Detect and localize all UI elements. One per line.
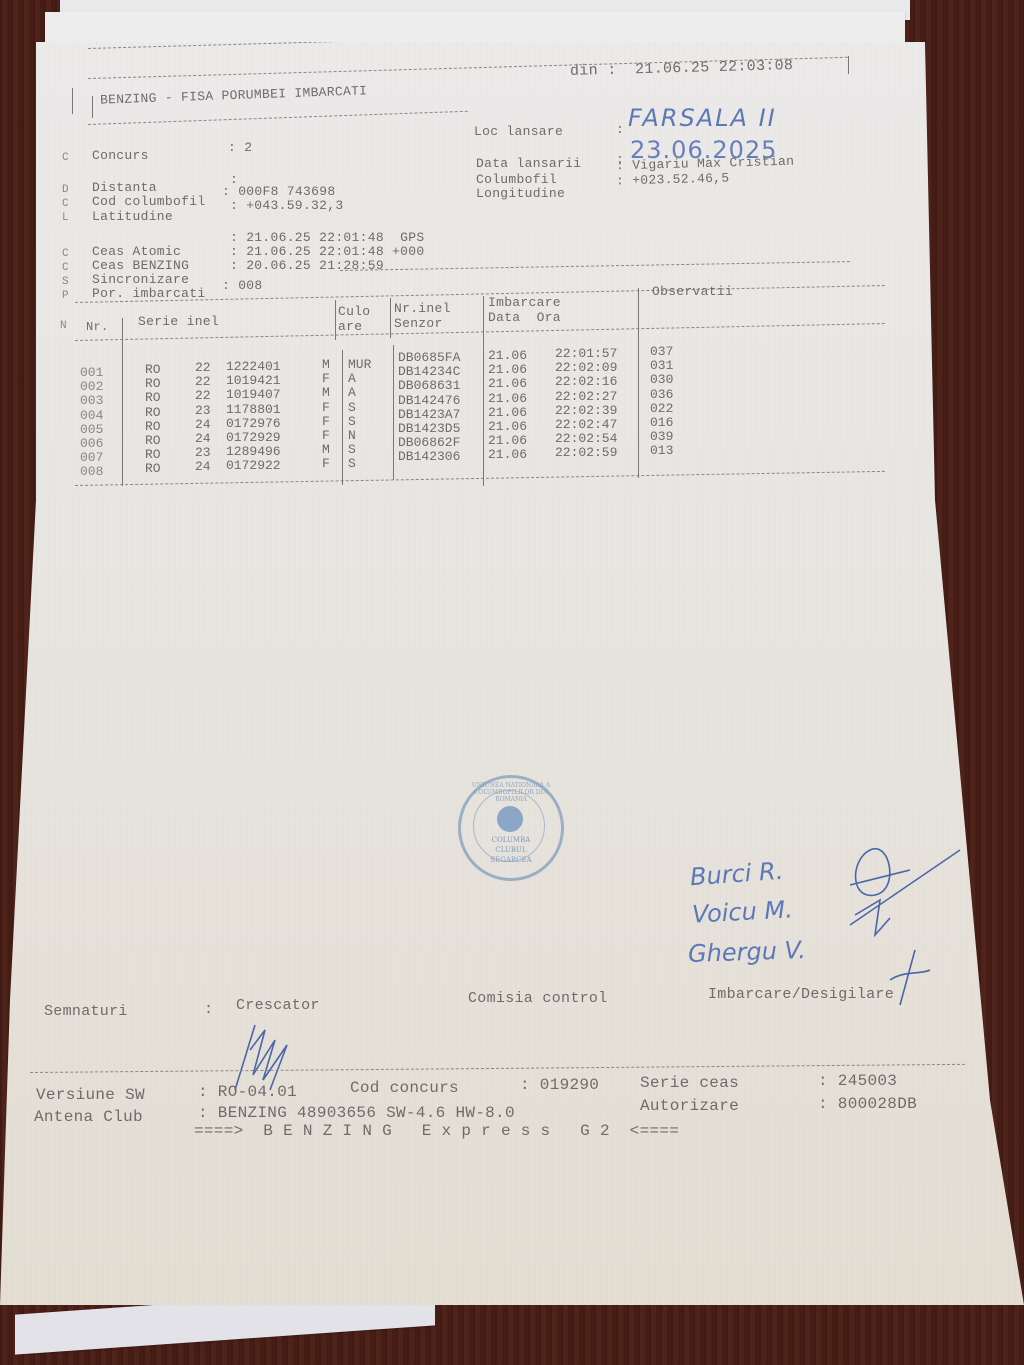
row-number: 008 (80, 464, 103, 479)
ring-number: 1178801 (226, 402, 281, 417)
embark-date: 21.06 (488, 376, 527, 391)
crescator-label: Crescator (236, 997, 320, 1014)
color: S (348, 442, 356, 457)
header-nr-inel: Nr.inel (394, 301, 451, 316)
divider (88, 111, 468, 125)
data-lansarii-value: 23.06.2025 (630, 136, 777, 164)
imbarcare-desigilare-label: Imbarcare/Desigilare (708, 986, 894, 1003)
latitudine-value: : +043.59.32,3 (230, 198, 343, 213)
loc-lansare-value: FARSALA II (628, 104, 777, 132)
color: S (348, 456, 356, 471)
semnaturi-label: Semnaturi (44, 1003, 128, 1020)
sensor-ring: DB0685FA (398, 350, 460, 365)
antena-club-value: : BENZING 48903656 SW-4.6 HW-8.0 (198, 1104, 515, 1122)
margin-letter: D (62, 184, 69, 196)
stamp-text: SEGARCEA (461, 856, 561, 864)
observation: 016 (650, 415, 673, 430)
divider (92, 96, 93, 118)
header-culoare-2: are (338, 319, 362, 334)
print-date-label: din : (570, 62, 617, 80)
longitudine-label: Longitudine (476, 186, 565, 201)
observation: 022 (650, 401, 673, 416)
stamp-text: COLUMBA (461, 836, 561, 844)
table-header-border (75, 323, 885, 341)
columbofil-value: : Vigariu Max Cristian (616, 154, 795, 174)
column-divider (483, 296, 484, 486)
commission-member-name: Voicu M. (691, 895, 793, 928)
club-stamp: UNIUNEA NATIONALA A COLUMBOFILILOR DIN R… (458, 775, 564, 881)
embark-time: 22:02:09 (555, 360, 617, 375)
observation: 013 (650, 443, 673, 458)
cod-columbofil-value: : 000F8 743698 (222, 184, 335, 199)
ceas-atomic-value: : 21.06.25 22:01:48 GPS (230, 230, 424, 245)
color: A (348, 371, 356, 386)
header-observatii: Observatii (652, 284, 733, 299)
cod-columbofil-label: Cod columbofil (92, 194, 205, 209)
embark-time: 22:02:39 (555, 403, 617, 418)
stamp-inner-ring (473, 790, 545, 862)
header-senzor: Senzor (394, 316, 443, 331)
ring-year: 23 (195, 403, 211, 418)
table-bottom-border (75, 471, 885, 486)
serie-ceas-value: : 245003 (818, 1072, 897, 1090)
autorizare-label: Autorizare (640, 1097, 739, 1115)
ring-year: 24 (195, 459, 211, 474)
column-divider (342, 350, 343, 485)
column-divider (122, 318, 123, 486)
benzing-express-banner: ====> B E N Z I N G E x p r e s s G 2 <=… (194, 1122, 679, 1140)
ring-number: 0172929 (226, 430, 281, 445)
stamp-text: CLUBUL (461, 846, 561, 854)
sincronizare-label: Sincronizare (92, 272, 189, 287)
ring-country: RO (145, 362, 161, 377)
distanta-value: : (230, 172, 238, 187)
column-divider (390, 298, 391, 338)
row-number: 006 (80, 436, 103, 451)
embark-time: 22:02:59 (555, 445, 617, 460)
sex: M (322, 357, 330, 372)
embark-date: 21.06 (488, 391, 527, 406)
color: MUR (348, 357, 371, 372)
embark-time: 22:02:16 (555, 374, 617, 389)
sex: M (322, 442, 330, 457)
pigeon-logo-icon (497, 806, 523, 832)
versiune-sw-value: : RO-04.01 (198, 1083, 297, 1101)
longitudine-value: : +023.52.46,5 (616, 171, 730, 189)
ring-country: RO (145, 376, 161, 391)
sensor-ring: DB068631 (398, 378, 460, 393)
footer-divider (30, 1064, 965, 1073)
ring-year: 22 (195, 388, 211, 403)
ring-country: RO (145, 390, 161, 405)
serie-ceas-label: Serie ceas (640, 1074, 739, 1092)
divider (340, 261, 850, 271)
ring-year: 23 (195, 445, 211, 460)
comisia-control-label: Comisia control (468, 990, 608, 1007)
stamp-ring-text: UNIUNEA NATIONALA A COLUMBOFILILOR DIN R… (461, 782, 561, 803)
color: S (348, 414, 356, 429)
ring-year: 24 (195, 431, 211, 446)
column-divider (393, 345, 394, 480)
embark-date: 21.06 (488, 433, 527, 448)
observation: 036 (650, 387, 673, 402)
sex: F (322, 400, 330, 415)
ring-number: 1289496 (226, 444, 281, 459)
row-number: 003 (80, 393, 103, 408)
ring-country: RO (145, 405, 161, 420)
sex: F (322, 414, 330, 429)
ceas-atomic-label: Ceas Atomic (92, 244, 181, 259)
ring-number: 0172976 (226, 416, 281, 431)
observation: 031 (650, 358, 673, 373)
embark-time: 22:02:54 (555, 431, 617, 446)
margin-letter: P (62, 290, 69, 302)
margin-letter: C (62, 262, 69, 274)
column-divider (335, 300, 336, 340)
divider (88, 57, 848, 79)
sex: M (322, 385, 330, 400)
header-serie-inel: Serie inel (138, 314, 219, 329)
document-title: BENZING - FISA PORUMBEI IMBARCATI (100, 83, 368, 107)
header-data-ora: Data Ora (488, 310, 561, 325)
embark-time: 22:01:57 (555, 346, 617, 361)
embark-date: 21.06 (488, 419, 527, 434)
observation: 037 (650, 344, 673, 359)
colon: : (204, 1001, 213, 1018)
por-imbarcati-label: Por. imbarcati (92, 286, 205, 301)
embark-date: 21.06 (488, 362, 527, 377)
ring-year: 24 (195, 417, 211, 432)
ring-number: 0172922 (226, 458, 281, 473)
colon: : (616, 122, 624, 137)
cod-concurs-label: Cod concurs (350, 1079, 459, 1097)
sex: F (322, 456, 330, 471)
autorizare-value: : 800028DB (818, 1095, 917, 1113)
embark-date: 21.06 (488, 348, 527, 363)
observation: 030 (650, 372, 673, 387)
sex: F (322, 428, 330, 443)
header-imbarcare: Imbarcare (488, 295, 561, 310)
ring-country: RO (145, 419, 161, 434)
ring-number: 1019407 (226, 387, 281, 402)
row-number: 007 (80, 450, 103, 465)
row-number: 004 (80, 408, 103, 423)
document-page: din : 21.06.25 22:03:08 BENZING - FISA P… (0, 0, 1024, 1305)
row-number: 001 (80, 365, 103, 380)
embark-date: 21.06 (488, 405, 527, 420)
sensor-ring: DB06862F (398, 435, 460, 450)
por-imbarcati-value: : 008 (222, 278, 263, 293)
color: S (348, 400, 356, 415)
versiune-sw-label: Versiune SW (36, 1086, 145, 1104)
antena-club-label: Antena Club (34, 1108, 143, 1126)
commission-member-name: Ghergu V. (688, 936, 807, 968)
header-culoare: Culo (338, 304, 370, 319)
columbofil-label: Columbofil (476, 172, 557, 187)
underlying-sheet (45, 12, 905, 42)
margin-letter: L (62, 212, 69, 224)
margin-letter: S (62, 276, 69, 288)
ring-country: RO (145, 461, 161, 476)
divider (72, 88, 73, 114)
distanta-label: Distanta (92, 180, 157, 195)
observation: 039 (650, 429, 673, 444)
sensor-ring: DB14234C (398, 364, 460, 379)
sensor-ring: DB1423A7 (398, 407, 460, 422)
ceas-benzing-label: Ceas BENZING (92, 258, 189, 273)
data-lansarii-label: Data lansarii (476, 156, 581, 171)
ring-country: RO (145, 447, 161, 462)
ring-year: 22 (195, 374, 211, 389)
sensor-ring: DB142476 (398, 393, 460, 408)
margin-letter: C (62, 198, 69, 210)
print-date: din : 21.06.25 22:03:08 (570, 57, 794, 80)
sensor-ring: DB1423D5 (398, 421, 460, 436)
sex: F (322, 371, 330, 386)
ring-number: 1222401 (226, 359, 281, 374)
latitudine-label: Latitudine (92, 209, 173, 224)
embark-time: 22:02:47 (555, 417, 617, 432)
commission-member-name: Burci R. (689, 857, 784, 891)
margin-letter: C (62, 152, 69, 164)
header-nr: Nr. (86, 320, 109, 334)
crescator-signature (225, 1020, 315, 1100)
margin-letter: N (60, 320, 67, 332)
commission-signatures (780, 830, 980, 1020)
ring-year: 22 (195, 360, 211, 375)
concurs-value: : 2 (228, 140, 252, 155)
cod-concurs-value: : 019290 (520, 1076, 599, 1094)
row-number: 005 (80, 422, 103, 437)
column-divider (638, 288, 639, 478)
embark-date: 21.06 (488, 447, 527, 462)
color: N (348, 428, 356, 443)
sensor-ring: DB142306 (398, 449, 460, 464)
row-number: 002 (80, 379, 103, 394)
color: A (348, 385, 356, 400)
loc-lansare-label: Loc lansare (474, 124, 563, 139)
table-top-border (75, 285, 885, 303)
ring-number: 1019421 (226, 373, 281, 388)
colon: : (616, 152, 624, 167)
ring-country: RO (145, 433, 161, 448)
sincronizare-value: : 20.06.25 21:28:59 (230, 258, 384, 273)
divider (848, 56, 849, 74)
margin-letter: C (62, 248, 69, 260)
embark-time: 22:02:27 (555, 389, 617, 404)
concurs-label: Concurs (92, 148, 149, 163)
ceas-benzing-value: : 21.06.25 22:01:48 +000 (230, 244, 424, 259)
print-date-value: 21.06.25 22:03:08 (635, 57, 794, 78)
